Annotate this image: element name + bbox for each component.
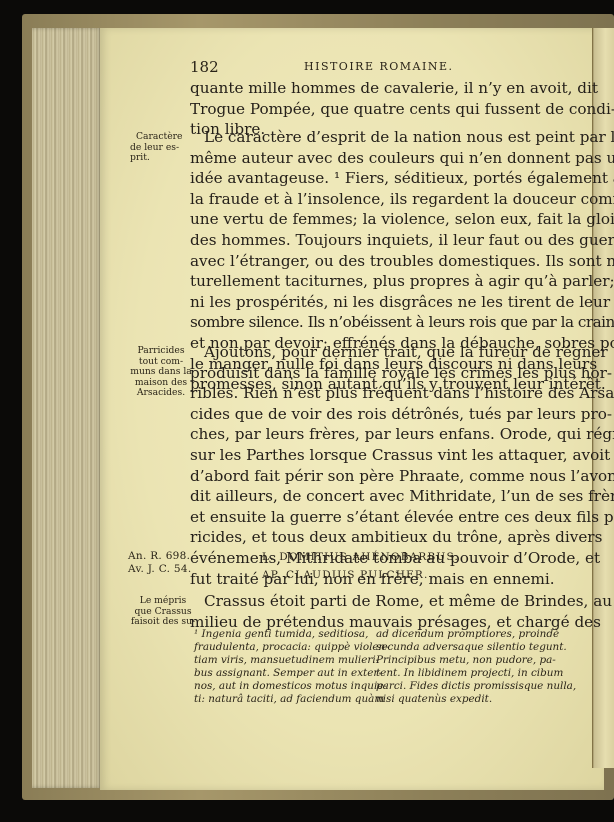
- text-line: avec l’étranger, ou des troubles domesti…: [190, 251, 552, 272]
- text-line: Ajoutons, pour dernier trait, que la fur…: [190, 342, 552, 363]
- text-line: une vertu de femmes; la violence, selon …: [190, 209, 552, 230]
- footnote-line: tent. In libidinem projecti, in cibum: [376, 667, 548, 680]
- text-line: ricides, et tous deux ambitieux du trône…: [190, 527, 552, 548]
- text-line: Trogue Pompée, que quatre cents qui fuss…: [190, 99, 552, 120]
- text-line: ribles. Rien n’est plus fréquent dans l’…: [190, 383, 552, 404]
- year-note-rome: An. R. 698.: [128, 550, 192, 563]
- footnote-line: bus assignant. Semper aut in exter-: [194, 667, 366, 680]
- footnote-line: ti: naturâ taciti, ad faciendum quàm: [194, 693, 366, 706]
- text-line: idée avantageuse. ¹ Fiers, séditieux, po…: [190, 168, 552, 189]
- text-line: produisit dans la famille royale les cri…: [190, 363, 552, 384]
- margin-note-line: faisoit des su-: [130, 617, 196, 628]
- running-title: HISTOIRE ROMAINE.: [304, 60, 454, 73]
- text-line: turellement taciturnes, plus propres à a…: [190, 271, 552, 292]
- text-line: même auteur avec des couleurs qui n’en d…: [190, 148, 552, 169]
- text-line: Le caractère d’esprit de la nation nous …: [190, 127, 552, 148]
- year-note: An. R. 698. Av. J. C. 54.: [128, 550, 192, 576]
- footnote-right-column: ad dicendum promptiores, proindè secunda…: [376, 628, 548, 705]
- text-line: la fraude et à l’insolence, ils regarden…: [190, 189, 552, 210]
- margin-note-line: Caractère: [130, 132, 196, 143]
- text-line: ni les prospérités, ni les disgrâces ne …: [190, 292, 552, 313]
- margin-note-line: muns dans la: [126, 367, 196, 378]
- text-line: sombre silence. Ils n’obéissent à leurs …: [190, 312, 552, 333]
- text-line: ches, par leurs frères, par leurs enfans…: [190, 424, 552, 445]
- running-header: 182 HISTOIRE ROMAINE.: [190, 58, 552, 76]
- footnote-line: secunda adversaque silentio tegunt.: [376, 641, 548, 654]
- margin-note-parricides: Parricides tout com- muns dans la maison…: [126, 346, 196, 399]
- text-line: des hommes. Toujours inquiets, il leur f…: [190, 230, 552, 251]
- page-edges: [32, 28, 102, 788]
- footnote-line: Principibus metu, non pudore, pa-: [376, 654, 548, 667]
- footnote-line: parci. Fides dictis promissisque nulla,: [376, 680, 548, 693]
- margin-note-character: Caractère de leur es- prit.: [130, 132, 196, 164]
- text-line: Crassus étoit parti de Rome, et même de …: [190, 591, 552, 612]
- text-line: sur les Parthes lorsque Crassus vint les…: [190, 445, 552, 466]
- text-line: dit ailleurs, de concert avec Mithridate…: [190, 486, 552, 507]
- margin-note-line: Parricides: [126, 346, 196, 357]
- consuls-heading: L. DOMITIUS AHÉNOBARBUS. AP. CLAUDIUS PU…: [262, 548, 459, 584]
- footnote-line: fraudulenta, procacia: quippè violen-: [194, 641, 366, 654]
- footnote-left-column: ¹ Ingenia genti tumida, seditiosa, fraud…: [194, 628, 366, 705]
- margin-note-contempt: Le mépris que Crassus faisoit des su-: [130, 596, 196, 628]
- year-note-bc: Av. J. C. 54.: [128, 563, 192, 576]
- footnote-line: ¹ Ingenia genti tumida, seditiosa,: [194, 628, 366, 641]
- footnote-line: tiam viris, mansuetudinem mulieri-: [194, 654, 366, 667]
- paragraph-crassus: Crassus étoit parti de Rome, et même de …: [190, 591, 552, 632]
- footnote-line: nos, aut in domesticos motus inquie-: [194, 680, 366, 693]
- footnote-line: ad dicendum promptiores, proindè: [376, 628, 548, 641]
- text-line: d’abord fait périr son père Phraate, com…: [190, 466, 552, 487]
- consul-name: AP. CLAUDIUS PULCHER.: [262, 566, 459, 584]
- text-line: cides que de voir des rois détrônés, tué…: [190, 404, 552, 425]
- footnote-line: nisi quatenùs expedit.: [376, 693, 548, 706]
- text-line: quante mille hommes de cavalerie, il n’y…: [190, 78, 552, 99]
- margin-note-line: prit.: [130, 153, 196, 164]
- consul-name: L. DOMITIUS AHÉNOBARBUS.: [262, 548, 459, 566]
- margin-note-line: Arsacides.: [126, 388, 196, 399]
- page-number: 182: [190, 58, 219, 76]
- text-line: et ensuite la guerre s’étant élevée entr…: [190, 507, 552, 528]
- margin-note-line: Le mépris: [130, 596, 196, 607]
